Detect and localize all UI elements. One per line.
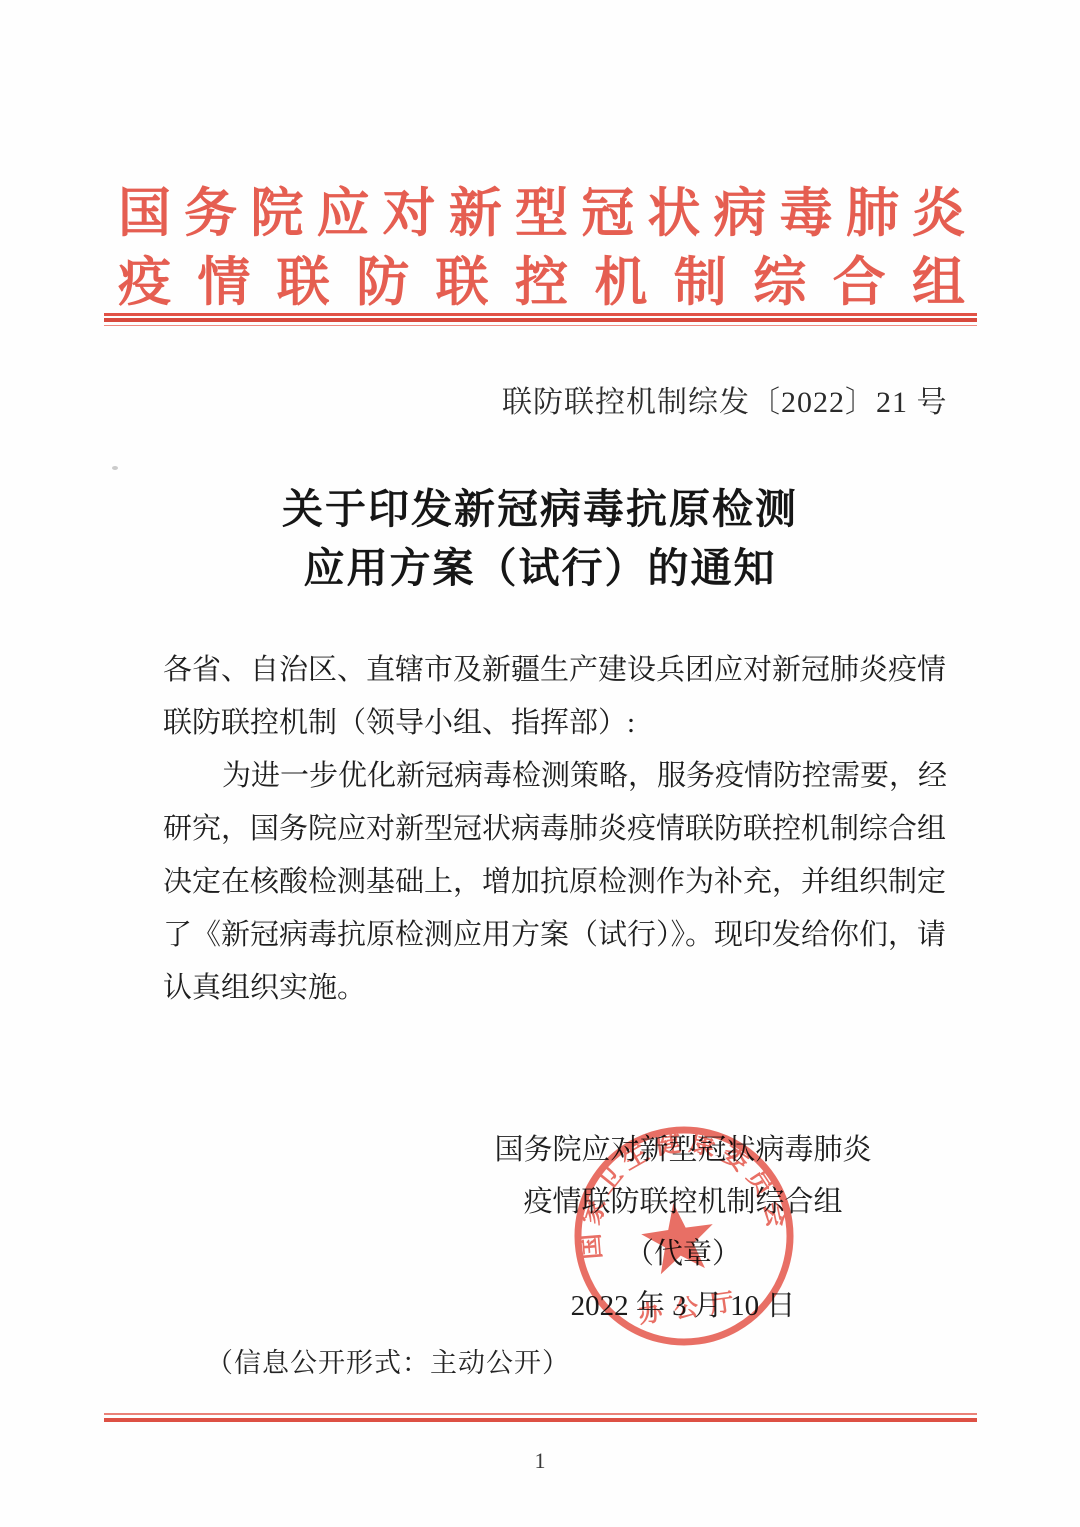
document-page: 国务院应对新型冠状病毒肺炎 疫情联防联控机制综合组 联防联控机制综发〔2022〕… <box>0 0 1080 1527</box>
signature-block: 国务院应对新型冠状病毒肺炎 疫情联防联控机制综合组 （代章） 2022 年 3 … <box>493 1124 873 1332</box>
doc-title-line-2: 应用方案（试行）的通知 <box>0 539 1080 598</box>
rule-bar <box>104 1418 977 1422</box>
body-line: 各省、自治区、直辖市及新疆生产建设兵团应对新冠肺炎疫情 <box>163 644 939 697</box>
body-line: 为进一步优化新冠病毒检测策略，服务疫情防控需要，经 <box>163 750 939 803</box>
signature-date: 2022 年 3 月 10 日 <box>493 1280 873 1332</box>
footer-rule <box>104 1413 977 1422</box>
body-text: 各省、自治区、直辖市及新疆生产建设兵团应对新冠肺炎疫情联防联控机制（领导小组、指… <box>163 644 939 1015</box>
letterhead-line-1: 国务院应对新型冠状病毒肺炎 <box>118 184 965 253</box>
letterhead-rule <box>104 313 977 326</box>
doc-title: 关于印发新冠病毒抗原检测 应用方案（试行）的通知 <box>0 480 1080 598</box>
signature-org-line-1: 国务院应对新型冠状病毒肺炎 <box>493 1124 873 1176</box>
body-line: 认真组织实施。 <box>163 962 939 1015</box>
letterhead-line-2: 疫情联防联控机制综合组 <box>118 253 965 322</box>
page-number: 1 <box>0 1448 1080 1474</box>
signature-org-line-2: 疫情联防联控机制综合组 <box>493 1176 873 1228</box>
doc-number: 联防联控机制综发〔2022〕21 号 <box>502 377 948 421</box>
body-line: 了《新冠病毒抗原检测应用方案（试行）》。现印发给你们，请 <box>163 909 939 962</box>
body-line: 联防联控机制（领导小组、指挥部）: <box>163 697 939 750</box>
info-disclosure-line: （信息公开形式：主动公开） <box>206 1341 570 1380</box>
signature-seal-note: （代章） <box>493 1228 873 1280</box>
body-line: 研究，国务院应对新型冠状病毒肺炎疫情联防联控机制综合组 <box>163 803 939 856</box>
doc-title-line-1: 关于印发新冠病毒抗原检测 <box>0 480 1080 539</box>
letterhead: 国务院应对新型冠状病毒肺炎 疫情联防联控机制综合组 <box>118 184 965 322</box>
rule-bar <box>104 325 977 326</box>
body-line: 决定在核酸检测基础上，增加抗原检测作为补充，并组织制定 <box>163 856 939 909</box>
scan-speck <box>112 466 118 470</box>
